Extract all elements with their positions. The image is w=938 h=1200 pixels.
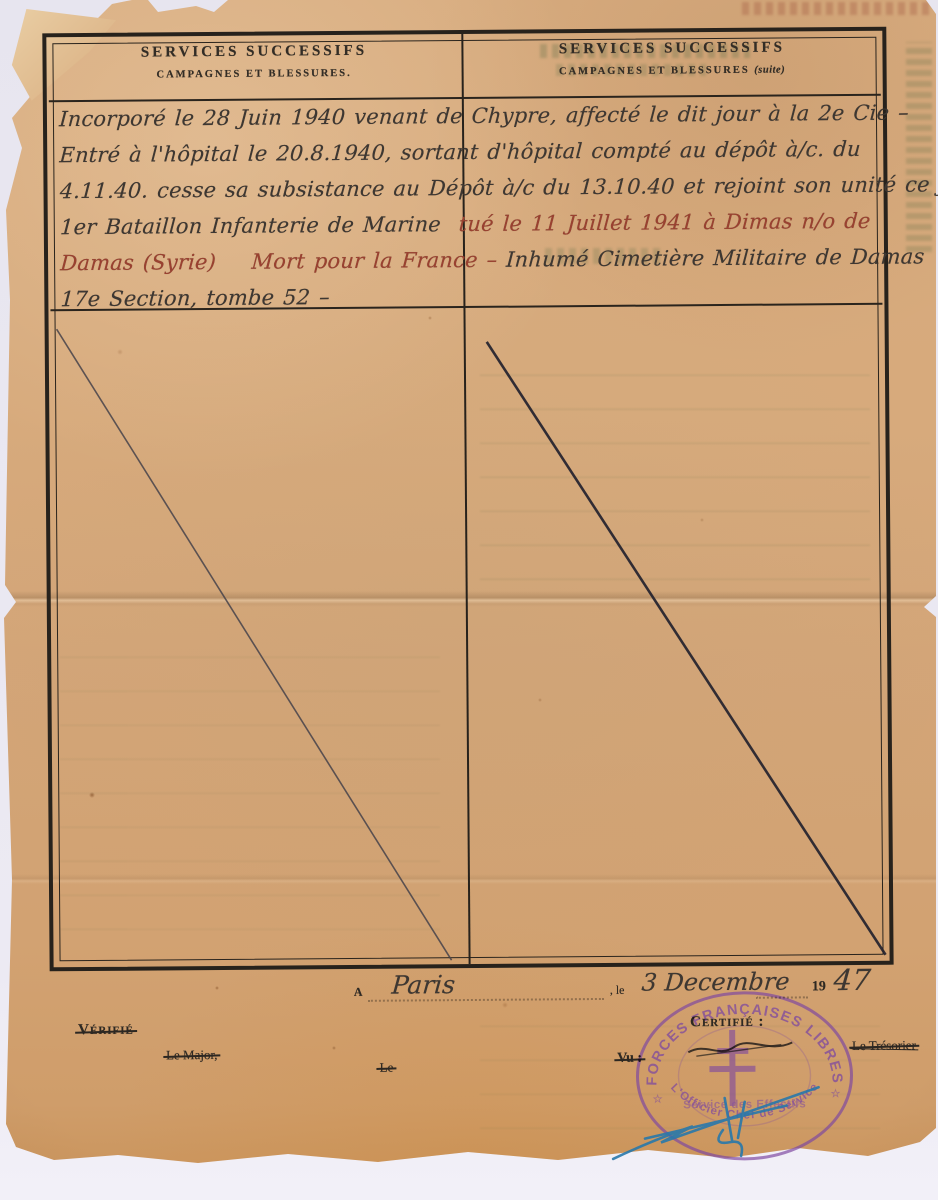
le-tresorier-label: Le Trésorier bbox=[852, 1038, 916, 1055]
date-at-label: A bbox=[354, 985, 363, 1000]
officer-signature bbox=[604, 1065, 845, 1167]
strike-diagonal-right bbox=[487, 339, 886, 958]
date-le-label: , le bbox=[610, 983, 625, 998]
verifie-label: Vérifié bbox=[78, 1022, 134, 1039]
le-label: Le bbox=[380, 1060, 394, 1076]
strike-diagonal-left bbox=[57, 326, 452, 963]
print-layer: SERVICES SUCCESSIFS CAMPAGNES ET BLESSUR… bbox=[0, 0, 938, 1200]
cancellation-lines bbox=[46, 31, 889, 968]
date-place-handwritten: Paris bbox=[391, 970, 457, 1000]
date-dotted-line bbox=[368, 997, 604, 1002]
service-record-frame: SERVICES SUCCESSIFS CAMPAGNES ET BLESSUR… bbox=[42, 27, 893, 972]
le-major-label: Le Major, bbox=[166, 1047, 218, 1063]
